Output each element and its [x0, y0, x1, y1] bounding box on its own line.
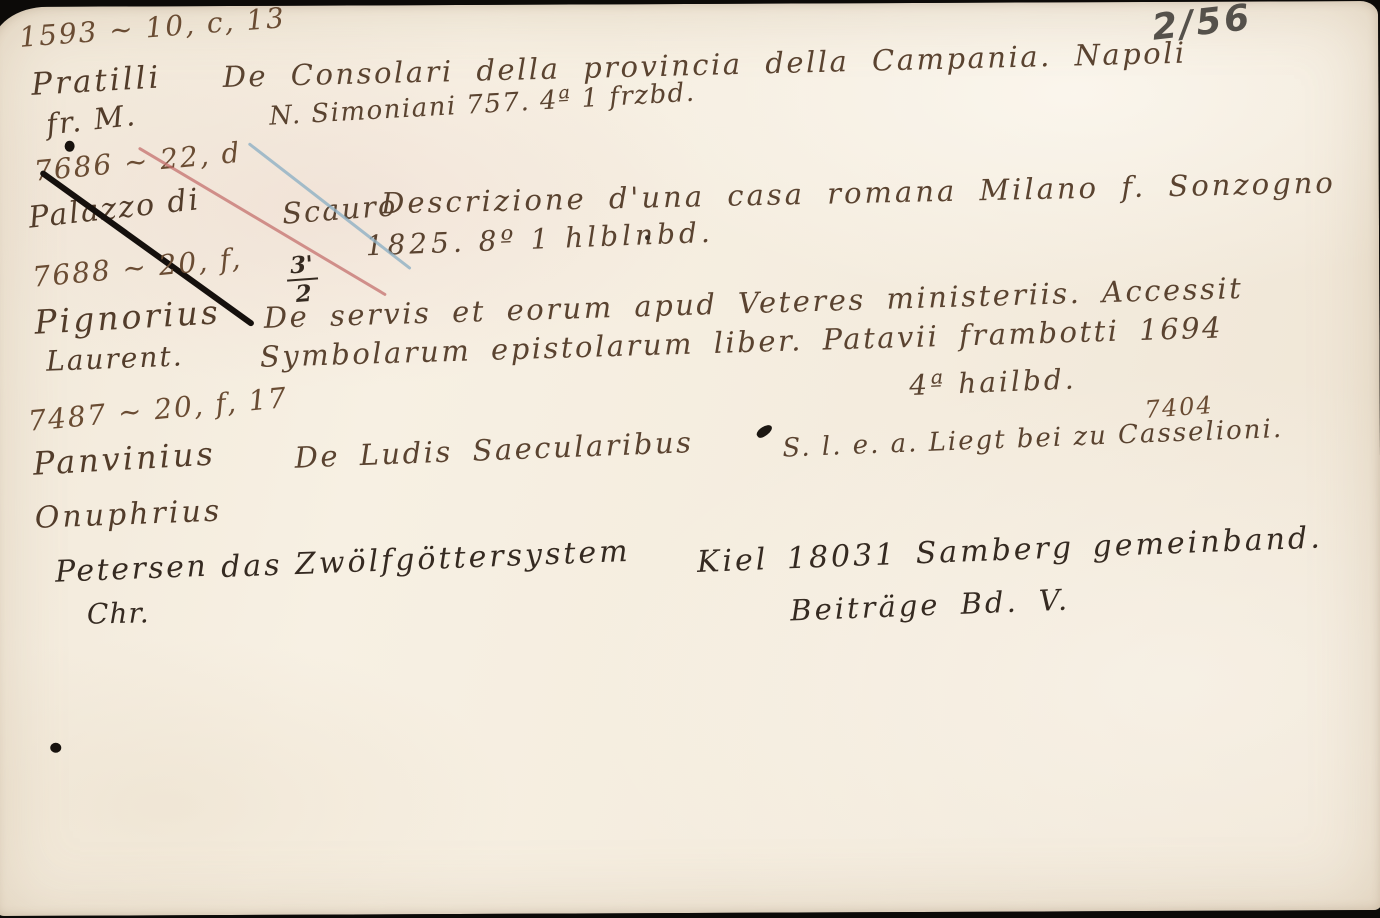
author-firstname: Laurent. — [45, 339, 184, 377]
format-line: 4ª hailbd. — [909, 362, 1078, 402]
entry-number: 1593 ~ 10, c, 13 — [18, 1, 287, 54]
title-line: das Zwölfgöttersystem — [220, 534, 631, 585]
series-line: Beiträge Bd. V. — [790, 583, 1071, 628]
ink-dot — [65, 141, 75, 152]
catalog-card: 2/56 1593 ~ 10, c, 13 Pratilli De Consol… — [0, 1, 1380, 916]
entry-number: 7487 ~ 20, f, 17 — [27, 381, 290, 438]
author-firstname: Chr. — [87, 596, 150, 630]
author-name: Pignorius — [33, 292, 221, 342]
scanned-catalog-card-page: { "page": { "archive_number": "2/56" }, … — [0, 0, 1380, 918]
imprint-line: 1825. 8º 1 hlblnbd. — [365, 216, 714, 263]
author-name: Petersen — [54, 549, 208, 590]
author-name: Pratilli — [30, 59, 162, 102]
author-firstname: Onuphrius — [34, 493, 223, 535]
fraction-numerator: 3' — [285, 252, 318, 281]
title-line: De Consolari della provincia della Campa… — [222, 36, 1187, 94]
annotation-line: S. l. e. a. Liegt bei zu Casselioni. — [782, 414, 1284, 464]
ink-blot — [755, 423, 774, 440]
title-line: Descrizione d'una casa romana Milano f. … — [381, 166, 1336, 221]
ink-dot — [50, 743, 61, 753]
author-name: Panvinius — [32, 434, 217, 482]
entry-number: 7688 ~ 20, f, — [31, 242, 243, 294]
imprint-line: Kiel 18031 Samberg gemeinband. — [696, 520, 1323, 580]
ink-speck — [645, 235, 650, 240]
author-initials: fr. M. — [44, 98, 138, 142]
title-line: De Ludis Saecularibus — [294, 425, 694, 475]
